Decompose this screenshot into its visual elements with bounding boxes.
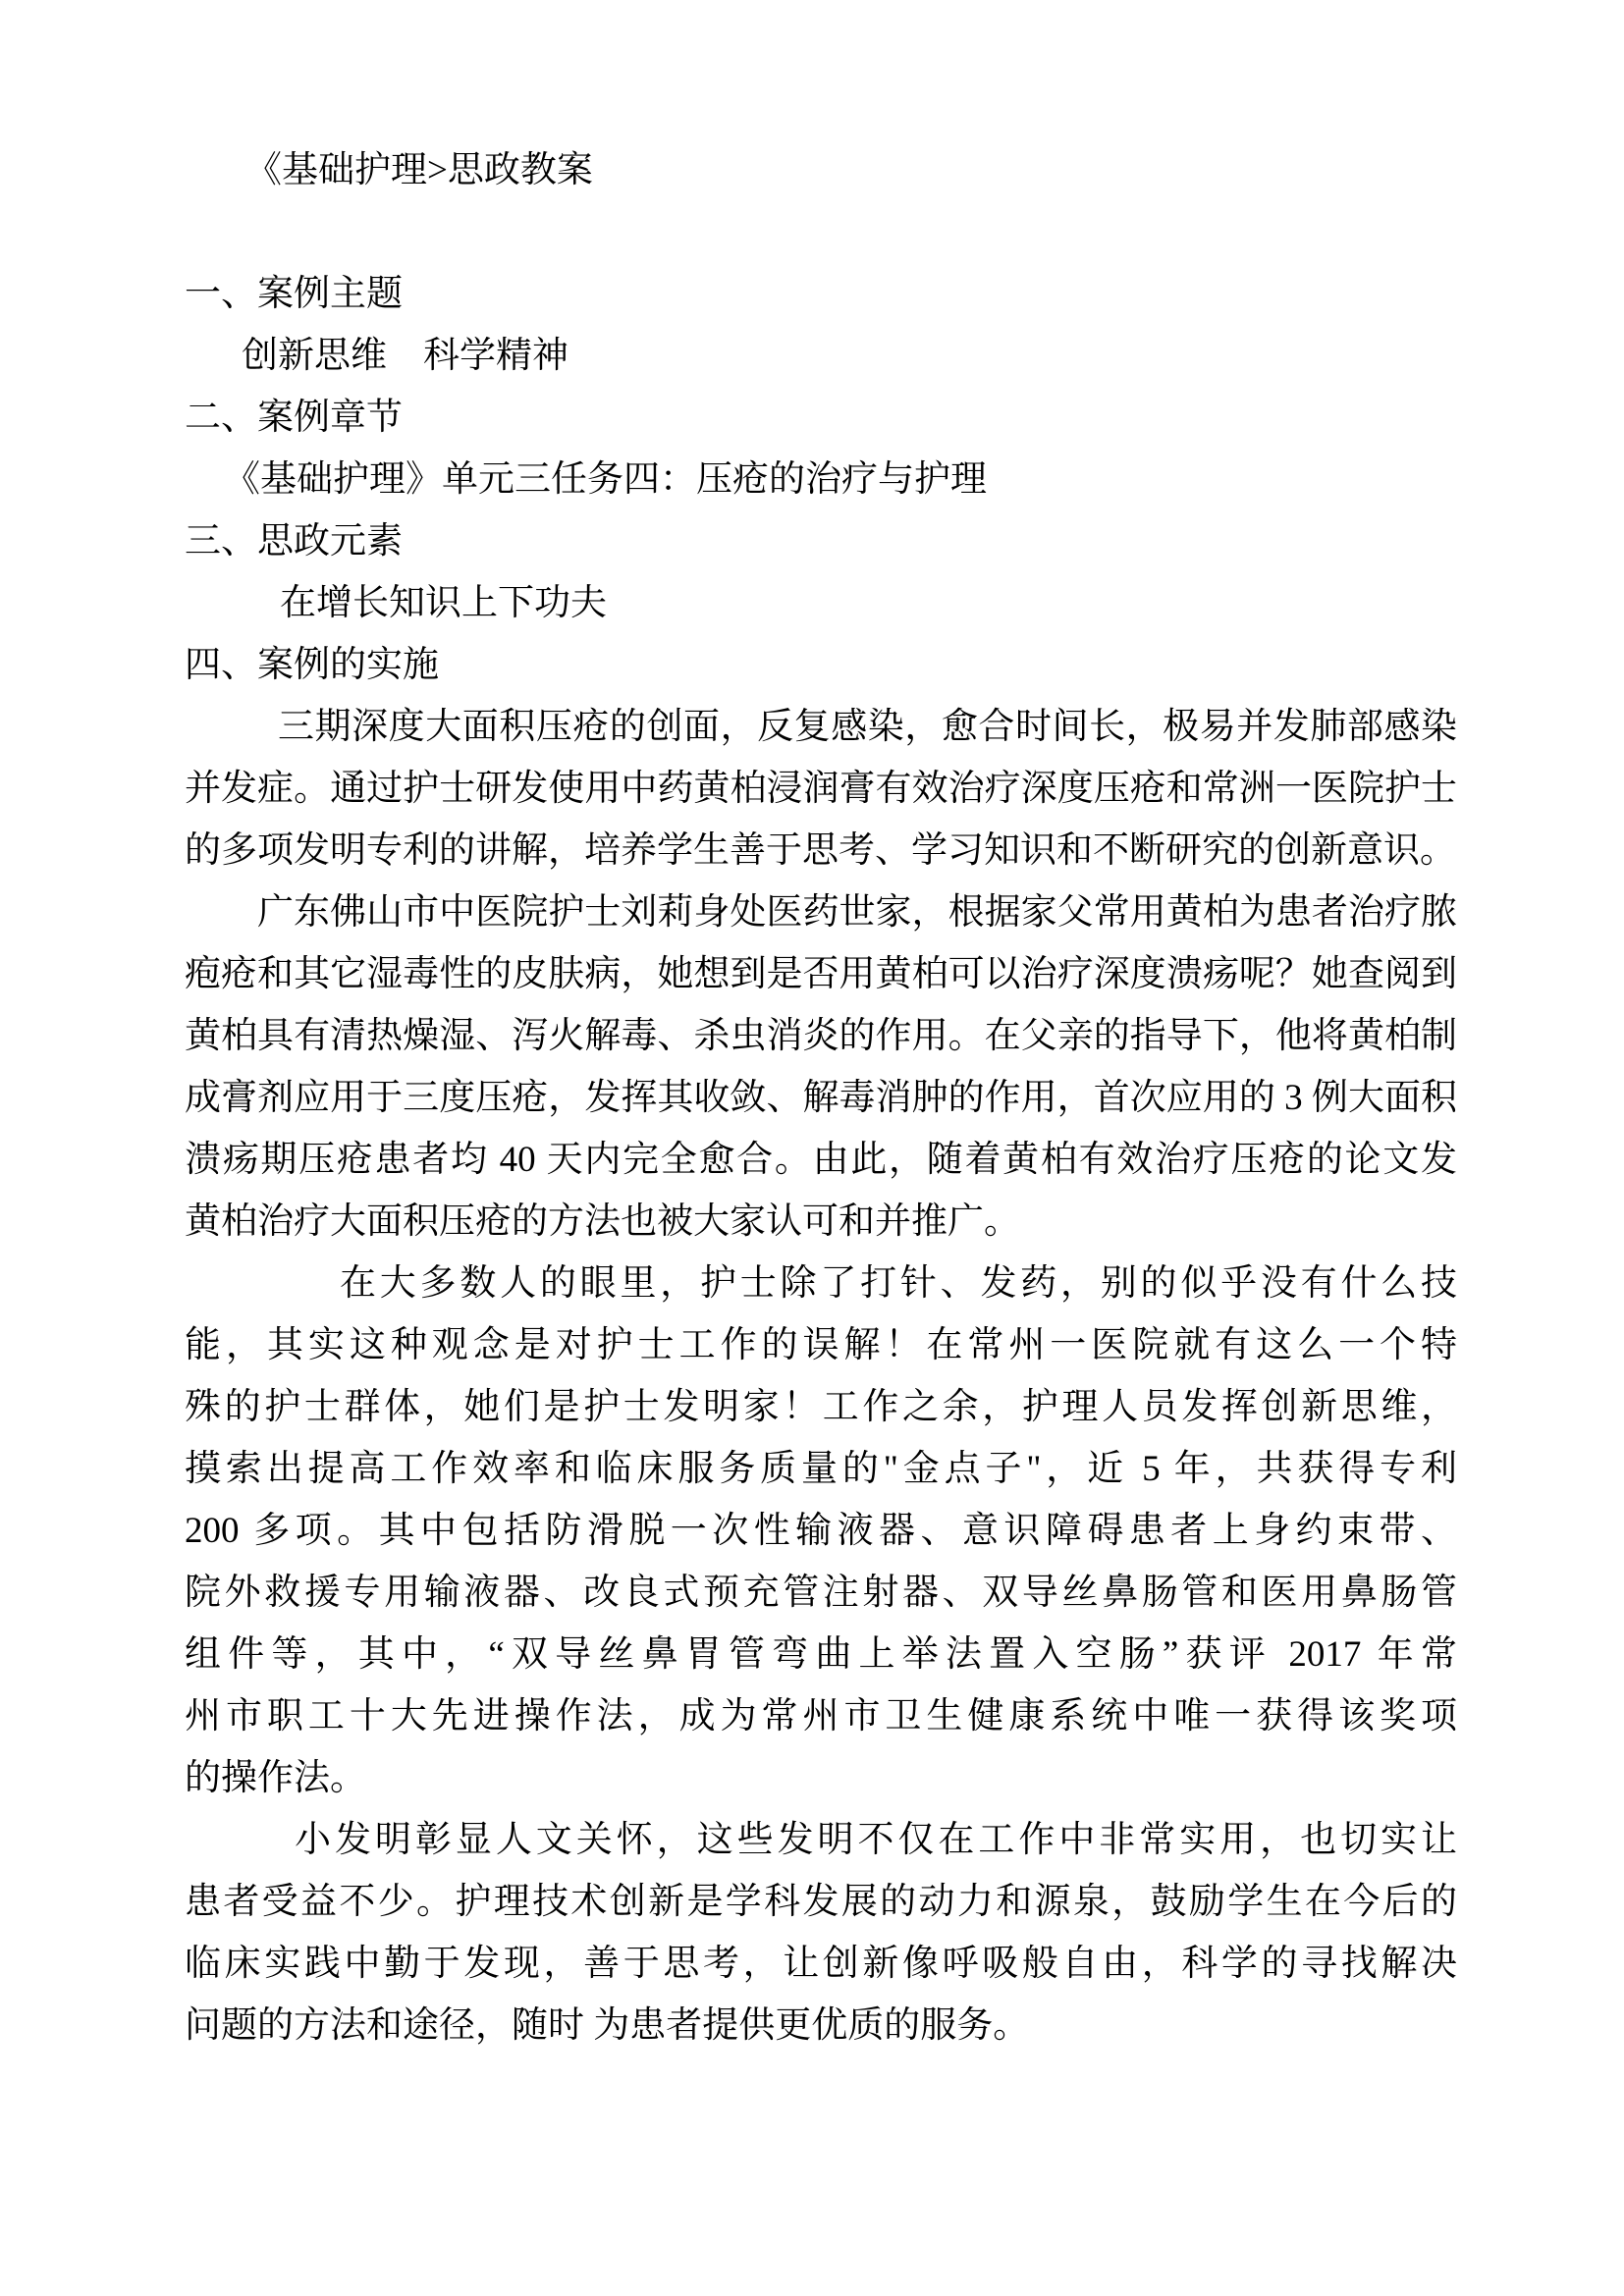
document-byline: 适用专业：护理 作者：杨玉梅 [250, 201, 1457, 263]
p3-line-8: 州市职工十大先进操作法，成为常州市卫生健康系统中唯一获得该奖项 [185, 1685, 1457, 1747]
p1-line-1: 三期深度大面积压疮的创面，反复感染，愈合时间长，极易并发肺部感染等 [185, 696, 1457, 758]
p3-line-4: 摸索出提高工作效率和临床服务质量的"金点子"，近 5 年，共获得专利 [185, 1438, 1457, 1500]
p3-line-7: 组件等，其中，“双导丝鼻胃管弯曲上举法置入空肠”获评 2017 年常 [185, 1624, 1457, 1685]
document-title: 《基础护理>思政教案 [245, 139, 1457, 201]
p4-line-3: 临床实践中勤于发现，善于思考，让创新像呼吸般自由，科学的寻找解决 [185, 1933, 1457, 1995]
p4-line-4: 问题的方法和途径，随时 为患者提供更优质的服务。 [185, 1995, 1457, 2056]
p3-line-2: 能，其实这种观念是对护士工作的误解！在常州一医院就有这么一个特 [185, 1314, 1457, 1376]
document-page: 《基础护理>思政教案 适用专业：护理 作者：杨玉梅 一、案例主题 创新思维 科学… [0, 0, 1624, 2296]
p1-line-2: 并发症。通过护士研发使用中药黄柏浸润膏有效治疗深度压疮和常洲一医院护士 [185, 758, 1457, 820]
p1-line-3: 的多项发明专利的讲解，培养学生善于思考、学习知识和不断研究的创新意识。 [185, 820, 1457, 881]
section-1-heading: 一、案例主题 [185, 263, 1457, 325]
section-2-heading: 二、案例章节 [185, 387, 1457, 449]
section-4-heading: 四、案例的实施 [185, 634, 1457, 696]
section-2-body: 《基础护理》单元三任务四：压疮的治疗与护理 [224, 449, 1457, 510]
p2-line-2: 疱疮和其它湿毒性的皮肤病，她想到是否用黄柏可以治疗深度溃疡呢？她查阅到 [185, 943, 1457, 1005]
p3-line-1: 在大多数人的眼里，护士除了打针、发药，别的似乎没有什么技 [185, 1253, 1457, 1314]
p2-line-1: 广东佛山市中医院护士刘莉身处医药世家，根据家父常用黄柏为患者治疗脓 [185, 881, 1457, 943]
p2-line-6: 黄柏治疗大面积压疮的方法也被大家认可和并推广。 [185, 1191, 1457, 1253]
p3-line-3: 殊的护士群体，她们是护士发明家！工作之余，护理人员发挥创新思维， [185, 1376, 1457, 1438]
section-3-body: 在增长知识上下功夫 [280, 572, 1457, 634]
p4-line-1: 小发明彰显人文关怀，这些发明不仅在工作中非常实用，也切实让 [185, 1809, 1457, 1871]
p3-line-9: 的操作法。 [185, 1747, 1457, 1809]
p2-line-5: 溃疡期压疮患者均 40 天内完全愈合。由此，随着黄柏有效治疗压疮的论文发表， [185, 1129, 1457, 1191]
p2-line-4: 成膏剂应用于三度压疮，发挥其收敛、解毒消肿的作用，首次应用的 3 例大面积 [185, 1067, 1457, 1129]
p3-line-6: 院外救援专用输液器、改良式预充管注射器、双导丝鼻肠管和医用鼻肠管 [185, 1562, 1457, 1624]
p4-line-2: 患者受益不少。护理技术创新是学科发展的动力和源泉，鼓励学生在今后的 [185, 1871, 1457, 1933]
section-1-body: 创新思维 科学精神 [242, 325, 1457, 387]
p2-line-3: 黄柏具有清热燥湿、泻火解毒、杀虫消炎的作用。在父亲的指导下，他将黄柏制 [185, 1005, 1457, 1067]
p3-line-5: 200 多项。其中包括防滑脱一次性输液器、意识障碍患者上身约束带、 [185, 1500, 1457, 1562]
section-3-heading: 三、思政元素 [185, 510, 1457, 572]
